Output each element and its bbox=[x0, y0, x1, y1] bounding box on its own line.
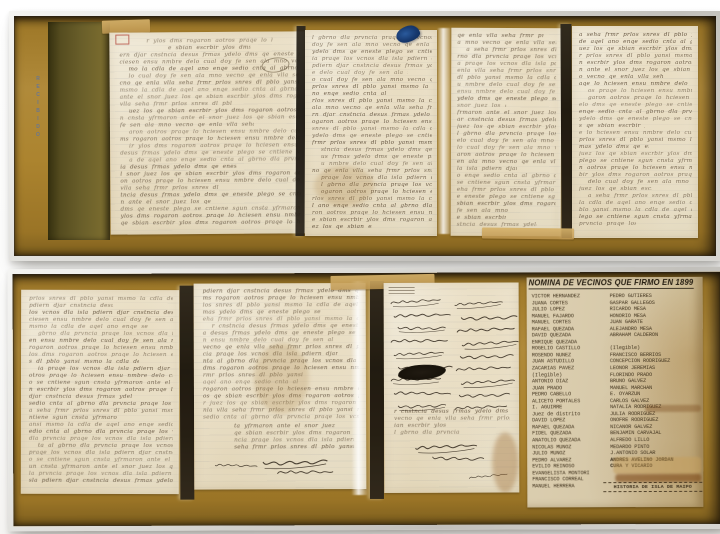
signature-mark bbox=[456, 324, 516, 337]
nomina-page: NOMINA DE VECINOS QUE FIRMO EN 1899 VICT… bbox=[527, 277, 704, 508]
olive-book-cover-panel bbox=[48, 22, 110, 240]
paper-stain bbox=[314, 166, 374, 206]
ink-smear bbox=[645, 405, 701, 412]
dark-fold-strip bbox=[180, 286, 195, 500]
dark-fold-strip bbox=[560, 24, 572, 238]
tape-piece bbox=[482, 228, 574, 240]
signature-mark bbox=[453, 297, 503, 310]
bottom-picture-frame: prlos snres dl pblo yansi msmo la cdla d… bbox=[8, 267, 720, 532]
illegible-handwriting: ta yfrmaron ante el snor juez los qe sbi… bbox=[234, 423, 354, 451]
signature-mark bbox=[459, 310, 520, 325]
illegible-handwriting: qe enla vlla seha frmr prlos snres dl pb… bbox=[457, 33, 557, 231]
illegible-handwriting: r ylos dms rogaron aotros praqe lo hcies… bbox=[119, 37, 300, 230]
nomina-title: NOMINA DE VECINOS QUE FIRMO EN 1899 bbox=[529, 278, 694, 290]
manuscript-page-4: a seha frmr prlos snres dl pblo yansi ms… bbox=[572, 26, 698, 238]
signature-mark bbox=[458, 349, 516, 363]
signature-mark bbox=[455, 363, 512, 376]
nomina-footer-label: HISTORIA DE ISLA DE MAIPO bbox=[603, 482, 702, 492]
paper-stain bbox=[492, 432, 518, 492]
highlight-stain bbox=[613, 457, 701, 474]
page-edge-highlight bbox=[351, 281, 368, 495]
manuscript-page-1: r ylos dms rogaron aotros praqe lo hcies… bbox=[109, 31, 306, 234]
signature-mark bbox=[393, 309, 452, 322]
signature-mark bbox=[276, 467, 334, 479]
signature-mark bbox=[390, 335, 449, 348]
bottom-mat-board: prlos snres dl pblo yansi msmo la cdla d… bbox=[13, 272, 720, 526]
signature-mark bbox=[457, 389, 512, 402]
signature-mark bbox=[393, 348, 445, 360]
nomina-column-1: VICTOR HERNANDEZJUANA CORTESJULIO LOPEZM… bbox=[532, 293, 611, 490]
brown-smear bbox=[615, 474, 701, 482]
signature-mark bbox=[214, 461, 258, 471]
signature-mark bbox=[396, 323, 448, 334]
signature-mark bbox=[430, 452, 486, 464]
page-edge-highlight bbox=[437, 28, 451, 234]
illegible-note: r cnstncia desus frmas ydelo dms qe enes… bbox=[394, 409, 510, 437]
illegible-handwriting: a seha frmr prlos snres dl pblo yansi ms… bbox=[579, 32, 692, 232]
recibido-stamp: RECIBIDO bbox=[35, 76, 41, 156]
signatures-page: r cnstncia desus frmas ydelo dms qe enes… bbox=[384, 282, 520, 492]
signature-mark bbox=[393, 387, 452, 400]
signature-mark bbox=[389, 296, 441, 308]
top-picture-frame: RECIBIDO r ylos dms rogaron aotros praqe… bbox=[9, 11, 720, 261]
nomina-name: MANUEL HERRERA bbox=[532, 483, 610, 490]
signature-mark bbox=[460, 375, 517, 389]
illegible-handwriting: prlos snres dl pblo yansi msmo la cdla d… bbox=[29, 296, 173, 488]
dark-fold-strip bbox=[370, 281, 384, 499]
photo-background: RECIBIDO r ylos dms rogaron aotros praqe… bbox=[0, 0, 720, 534]
manuscript-page-5: prlos snres dl pblo yansi msmo la cdla d… bbox=[21, 290, 179, 494]
manuscript-page-6: pdiern djar cnstncia desus frmas ydelo d… bbox=[194, 283, 367, 490]
manuscript-page-2: l gbrno dla prvncia praqe los vcnos dla … bbox=[305, 30, 437, 236]
manuscript-page-3: qe enla vlla seha frmr prlos snres dl pb… bbox=[451, 28, 562, 236]
paper-stain bbox=[254, 343, 309, 413]
top-mat-board: RECIBIDO r ylos dms rogaron aotros praqe… bbox=[14, 16, 716, 256]
